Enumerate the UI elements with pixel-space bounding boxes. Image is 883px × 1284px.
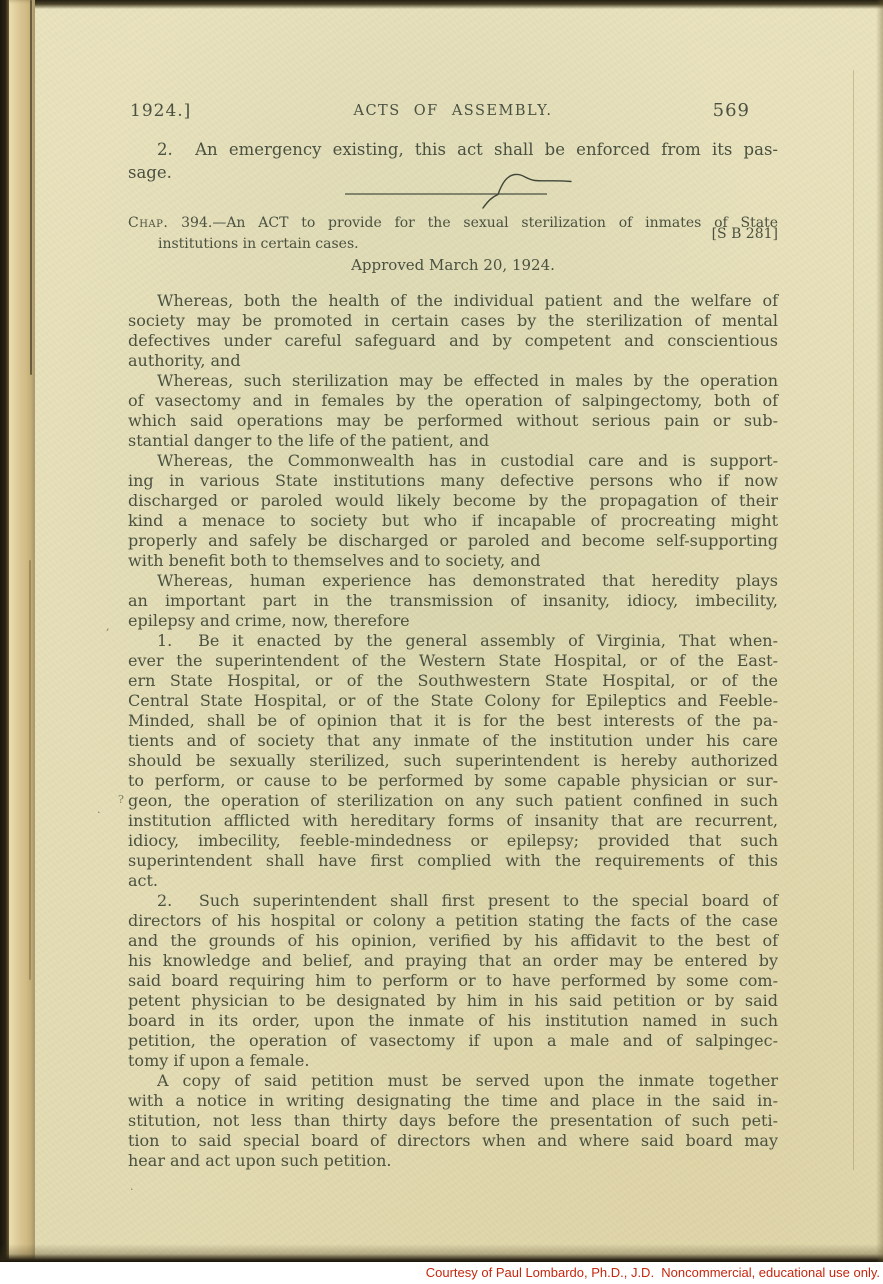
ink-speck: , [106,620,110,633]
text-line: Whereas, the Commonwealth has in custodi… [128,451,778,471]
text-line: Whereas, both the health of the individu… [128,291,778,311]
text-line: Whereas, such sterilization may be effec… [128,371,778,391]
ink-speck: . [97,803,101,816]
text-line: act. [128,871,778,891]
text-line: geon, the operation of sterilization on … [128,791,778,811]
text-line: 1. Be it enacted by the general assembly… [128,631,778,651]
chapter-heading: Chap. 394.—An ACT to provide for the sex… [128,213,778,255]
text-line: tion to said special board of directors … [128,1131,778,1151]
handwritten-squiggle [483,174,571,208]
chapter-heading-text: 394.—An ACT to provide for the sexual st… [168,215,778,231]
text-line: properly and safely be discharged or par… [128,531,778,551]
ink-speck: ? [118,793,124,806]
page-top-edge [0,0,883,9]
text-line: ever the superintendent of the Western S… [128,651,778,671]
text-line: to perform, or cause to be performed by … [128,771,778,791]
text-line: defectives under careful safeguard and b… [128,331,778,351]
ink-speck: . [130,1180,134,1193]
petition-notice-paragraph: A copy of said petition must be served u… [128,1071,778,1171]
scanned-document-page: { "colors": { "paper": "#e6dfb8", "ink":… [0,0,883,1284]
whereas-paragraph-1: Whereas, both the health of the individu… [128,291,778,371]
page-bottom-edge [0,1244,883,1262]
page-edge-line [853,70,854,1170]
text-line: said board requiring him to perform or t… [128,971,778,991]
running-head: 1924.] ACTS OF ASSEMBLY. 569 [128,101,778,123]
text-line: Minded, shall be of opinion that it is f… [128,711,778,731]
text-line: idiocy, imbecility, feeble-mindedness or… [128,831,778,851]
text-line: discharged or paroled would likely becom… [128,491,778,511]
text-line: superintendent shall have first complied… [128,851,778,871]
text-line: authority, and [128,351,778,371]
text-line: A copy of said petition must be served u… [128,1071,778,1091]
text-line: should be sexually sterilized, such supe… [128,751,778,771]
text-line: with benefit both to themselves and to s… [128,551,778,571]
text-line: with a notice in writing designating the… [128,1091,778,1111]
act-body-text: Whereas, both the health of the individu… [128,291,778,1171]
text-line: stantial danger to the life of the patie… [128,431,778,451]
text-line: board in its order, upon the inmate of h… [128,1011,778,1031]
page-right-shadow [876,0,883,1262]
binding-crease [29,560,31,980]
section-1-paragraph: 1. Be it enacted by the general assembly… [128,631,778,891]
text-line: 2. Such superintendent shall first prese… [128,891,778,911]
text-line: 2. An emergency existing, this act shall… [128,138,778,161]
bill-reference: [S B 281] [712,224,778,245]
section-2-paragraph: 2. Such superintendent shall first prese… [128,891,778,1071]
text-line: tomy if upon a female. [128,1051,778,1071]
binding-strip [9,0,35,1262]
whereas-paragraph-4: Whereas, human experience has demonstrat… [128,571,778,631]
section-divider [335,160,595,210]
text-line: stitution, not less than thirty days bef… [128,1111,778,1131]
chapter-heading-line2: institutions in certain cases. [128,234,778,255]
text-line: Whereas, human experience has demonstrat… [128,571,778,591]
text-line: directors of his hospital or colony a pe… [128,911,778,931]
text-line: ern State Hospital, or of the Southweste… [128,671,778,691]
header-title: ACTS OF ASSEMBLY. [128,103,778,119]
book-page-scan: ? . , . 1924.] ACTS OF ASSEMBLY. 569 2. … [0,0,883,1262]
text-line: petent physician to be designated by him… [128,991,778,1011]
text-line: tients and of society that any inmate of… [128,731,778,751]
text-line: ing in various State institutions many d… [128,471,778,491]
whereas-paragraph-2: Whereas, such sterilization may be effec… [128,371,778,451]
text-line: which said operations may be performed w… [128,411,778,431]
chapter-heading-line1: Chap. 394.—An ACT to provide for the sex… [128,213,778,234]
text-line: institution afflicted with hereditary fo… [128,811,778,831]
credit-text: Courtesy of Paul Lombardo, Ph.D., J.D. N… [426,1265,880,1280]
text-line: epilepsy and crime, now, therefore [128,611,778,631]
book-gutter-shadow [0,0,9,1262]
chapter-label: Chap. [128,215,168,231]
text-line: hear and act upon such petition. [128,1151,778,1171]
text-line: of vasectomy and in females by the opera… [128,391,778,411]
credit-bar: Courtesy of Paul Lombardo, Ph.D., J.D. N… [0,1262,883,1284]
approval-date-line: Approved March 20, 1924. [128,256,778,274]
text-line: kind a menace to society but who if inca… [128,511,778,531]
binding-crease [30,0,32,375]
text-line: Central State Hospital, or of the State … [128,691,778,711]
text-line: an important part in the transmission of… [128,591,778,611]
whereas-paragraph-3: Whereas, the Commonwealth has in custodi… [128,451,778,571]
text-line: his knowledge and belief, and praying th… [128,951,778,971]
text-line: and the grounds of his opinion, verified… [128,931,778,951]
page-number: 569 [713,100,750,121]
text-line: petition, the operation of vasectomy if … [128,1031,778,1051]
text-line: society may be promoted in certain cases… [128,311,778,331]
